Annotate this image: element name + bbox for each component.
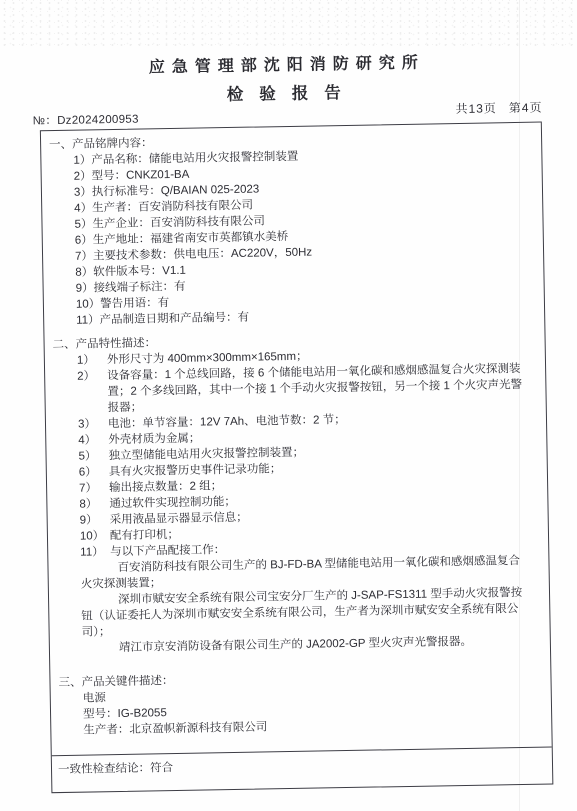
item-number: 5）	[78, 448, 108, 465]
conclusion-label: 一致性检查结论：	[58, 762, 150, 776]
org-title: 应急管理部沈阳消防研究所	[0, 47, 572, 80]
item-number: 9）	[80, 512, 110, 529]
item-number: 8）	[79, 496, 109, 513]
item-text: 设备容量：1 个总线回路，接 6 个储能电站用一氧化碳和感烟感温复合火灾探测装置…	[107, 361, 538, 416]
item-number: 7）	[79, 480, 109, 497]
paired-product-paragraph: 深圳市赋安安全系统有限公司宝安分厂生产的 J-SAP-FS1311 型手动火灾报…	[57, 585, 542, 641]
report-no-label: №：	[33, 115, 58, 127]
conclusion-value: 符合	[150, 762, 173, 774]
item-number: 1）	[77, 352, 107, 369]
item-number: 2）	[77, 368, 108, 417]
section-characteristics: 二、产品特性描述： 1）外形尺寸为 400mm×300mm×165mm； 2）设…	[52, 329, 542, 657]
item-number: 6）	[79, 464, 109, 481]
item-number: 11）	[80, 544, 110, 561]
scanned-inspection-report-page: 应急管理部沈阳消防研究所 检验报告 №：Dz2024200953 共13页第4页…	[0, 0, 577, 811]
page-total: 共13页	[455, 101, 497, 116]
report-number: №：Dz2024200953	[33, 111, 139, 129]
page-content: 应急管理部沈阳消防研究所 检验报告 №：Dz2024200953 共13页第4页…	[0, 0, 577, 811]
page-indicator: 共13页第4页	[455, 99, 542, 118]
report-no-value: Dz2024200953	[57, 114, 139, 127]
item-number: 4）	[78, 432, 108, 449]
item-number: 10）	[80, 528, 110, 545]
section-nameplate: 一、产品铭牌内容： 1）产品名称：储能电站用火灾报警控制装置 2）型号：CNKZ…	[49, 129, 536, 329]
report-body-box: 一、产品铭牌内容： 1）产品名称：储能电站用火灾报警控制装置 2）型号：CNKZ…	[40, 122, 553, 794]
conclusion-row: 一致性检查结论：符合	[52, 746, 553, 792]
item-number: 3）	[78, 416, 108, 433]
characteristic-item: 2）设备容量：1 个总线回路，接 6 个储能电站用一氧化碳和感烟感温复合火灾探测…	[53, 361, 538, 417]
page-current: 第4页	[509, 101, 543, 116]
section-key-parts: 三、产品关键件描述： 电源 型号：IG-B2055 生产者：北京盈帜新源科技有限…	[58, 667, 543, 739]
